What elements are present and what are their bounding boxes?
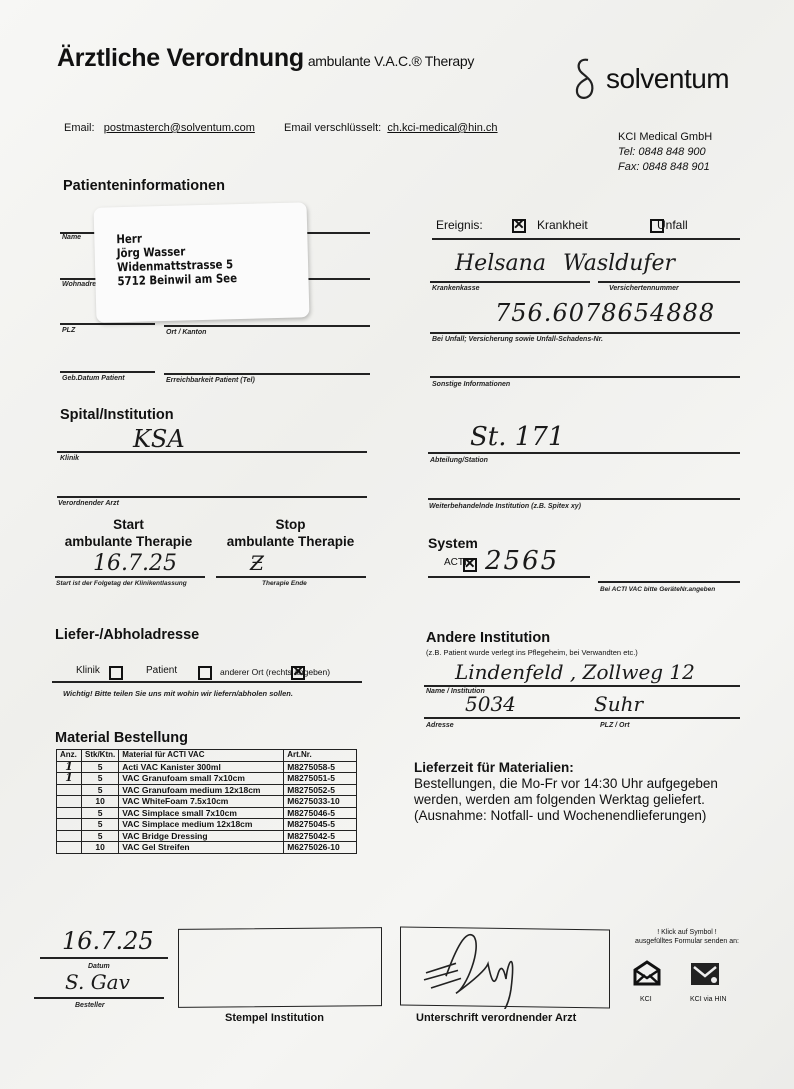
insurer-line bbox=[430, 281, 590, 283]
stop-date-field[interactable]: Ƶ bbox=[250, 551, 264, 575]
accident-insurance-label: Bei Unfall; Versicherung sowie Unfall-Sc… bbox=[432, 336, 603, 343]
encrypted-email-link[interactable]: ch.kci-medical@hin.ch bbox=[387, 122, 497, 134]
ort-label: Ort / Kanton bbox=[166, 329, 206, 336]
qty-cell[interactable] bbox=[57, 796, 82, 808]
pack-cell: 10 bbox=[82, 842, 119, 854]
station-line bbox=[428, 452, 740, 454]
delivery-title: Liefer-/Abholadresse bbox=[55, 627, 199, 643]
col-material: Material für ACTI VAC bbox=[119, 750, 284, 762]
other-institution-plz-ort-label: PLZ / Ort bbox=[600, 722, 630, 729]
acti-label: ACTI bbox=[444, 557, 467, 568]
material-table: Anz. Stk/Ktn. Material für ACTI VAC Art.… bbox=[56, 749, 357, 854]
material-table-header: Anz. Stk/Ktn. Material für ACTI VAC Art.… bbox=[57, 750, 357, 762]
illness-label: Krankheit bbox=[537, 218, 588, 232]
send-kci-label: KCI bbox=[640, 996, 652, 1003]
event-line bbox=[432, 238, 740, 240]
clinic-label: Klinik bbox=[60, 455, 79, 462]
other-institution-address-line bbox=[424, 717, 740, 719]
solventum-s-icon bbox=[574, 56, 596, 102]
plz-label: PLZ bbox=[62, 327, 75, 334]
company-contact: KCI Medical GmbH Tel: 0848 848 900 Fax: … bbox=[618, 130, 712, 175]
patient-address-sticker: Herr Jörg Wasser Widenmattstrasse 5 5712… bbox=[94, 202, 310, 323]
insured-number-field[interactable]: Wasldufer bbox=[563, 251, 675, 276]
delivery-time-line1: Bestellungen, die Mo-Fr vor 14:30 Uhr au… bbox=[414, 776, 718, 792]
delivery-time-line2: werden, werden am folgenden Werktag geli… bbox=[414, 792, 718, 808]
send-kci-button[interactable] bbox=[632, 960, 662, 986]
material-cell: VAC Simplace small 7x10cm bbox=[119, 807, 284, 819]
phone-line bbox=[164, 373, 370, 375]
other-institution-title: Andere Institution bbox=[426, 630, 550, 646]
table-row: 5VAC Simplace small 7x10cmM8275046-5 bbox=[57, 807, 357, 819]
stamp-label: Stempel Institution bbox=[225, 1012, 324, 1024]
material-cell: VAC Gel Streifen bbox=[119, 842, 284, 854]
dob-label: Geb.Datum Patient bbox=[62, 375, 125, 382]
company-name: KCI Medical GmbH bbox=[618, 130, 712, 145]
delivery-time-info: Lieferzeit für Materialien: Bestellungen… bbox=[414, 760, 718, 824]
patient-city: 5712 Beinwil am See bbox=[117, 271, 237, 288]
send-hint-line1: ! Klick auf Symbol ! bbox=[612, 928, 762, 937]
stop-note: Therapie Ende bbox=[262, 580, 307, 587]
date-label: Datum bbox=[88, 963, 110, 970]
table-row: 10VAC Gel StreifenM6275026-10 bbox=[57, 842, 357, 854]
accident-insurance-field[interactable]: 756.6078654888 bbox=[495, 299, 715, 327]
insured-number-line bbox=[598, 281, 740, 283]
accident-label: Unfall bbox=[657, 218, 688, 232]
article-cell: M8275045-5 bbox=[284, 819, 357, 831]
open-envelope-icon bbox=[632, 960, 662, 986]
start-therapy-heading: Start ambulante Therapie bbox=[56, 516, 201, 550]
prescription-form: Ärztliche Verordnungambulante V.A.C.® Th… bbox=[0, 0, 794, 1089]
system-title: System bbox=[428, 535, 478, 551]
delivery-patient-label: Patient bbox=[146, 665, 177, 676]
start-title: Start bbox=[56, 516, 201, 533]
pack-cell: 5 bbox=[82, 784, 119, 796]
other-institution-plz-field[interactable]: 5034 bbox=[465, 692, 516, 716]
further-institution-label: Weiterbehandelnde Institution (z.B. Spit… bbox=[429, 503, 581, 510]
article-cell: M8275042-5 bbox=[284, 830, 357, 842]
illness-checkbox[interactable] bbox=[512, 219, 526, 233]
material-cell: VAC Simplace medium 12x18cm bbox=[119, 819, 284, 831]
pack-cell: 5 bbox=[82, 830, 119, 842]
article-cell: M8275052-5 bbox=[284, 784, 357, 796]
article-cell: M8275046-5 bbox=[284, 807, 357, 819]
qty-cell[interactable] bbox=[57, 807, 82, 819]
insurer-label: Krankenkasse bbox=[432, 285, 479, 292]
material-cell: VAC Bridge Dressing bbox=[119, 830, 284, 842]
material-cell: VAC Granufoam medium 12x18cm bbox=[119, 784, 284, 796]
send-hint: ! Klick auf Symbol ! ausgefülltes Formul… bbox=[612, 928, 762, 946]
qty-cell[interactable] bbox=[57, 784, 82, 796]
company-tel: Tel: 0848 848 900 bbox=[618, 145, 712, 160]
device-note: Bei ACTI VAC bitte GeräteNr.angeben bbox=[600, 586, 715, 593]
clinic-field[interactable]: KSA bbox=[133, 425, 185, 453]
table-row: 10VAC WhiteFoam 7.5x10cmM6275033-10 bbox=[57, 796, 357, 808]
address-label: Wohnadre bbox=[62, 281, 96, 288]
delivery-clinic-label: Klinik bbox=[76, 665, 100, 676]
table-row: 5VAC Simplace medium 12x18cmM8275045-5 bbox=[57, 819, 357, 831]
device-line-right bbox=[598, 581, 740, 583]
insurer-field[interactable]: Helsana bbox=[455, 251, 546, 276]
clinic-line bbox=[57, 451, 367, 453]
qty-cell[interactable]: 1 bbox=[57, 773, 82, 785]
send-hin-label: KCI via HIN bbox=[690, 996, 727, 1003]
email-block: Email: postmasterch@solventum.com bbox=[64, 122, 255, 134]
stop-subtitle: ambulante Therapie bbox=[218, 533, 363, 550]
article-cell: M6275026-10 bbox=[284, 842, 357, 854]
article-cell: M8275051-5 bbox=[284, 773, 357, 785]
stop-therapy-heading: Stop ambulante Therapie bbox=[218, 516, 363, 550]
signature-label: Unterschrift verordnender Arzt bbox=[416, 1012, 576, 1024]
date-line bbox=[40, 957, 168, 959]
delivery-line bbox=[52, 681, 362, 683]
orderer-field[interactable]: S. Gav bbox=[65, 970, 130, 994]
stamp-box[interactable] bbox=[178, 927, 382, 1008]
device-line-left bbox=[428, 576, 590, 578]
table-row: 5VAC Granufoam medium 12x18cmM8275052-5 bbox=[57, 784, 357, 796]
material-title: Material Bestellung bbox=[55, 730, 188, 746]
phone-label: Erreichbarkeit Patient (Tel) bbox=[166, 377, 255, 384]
accident-insurance-line bbox=[430, 332, 740, 334]
form-title: Ärztliche Verordnungambulante V.A.C.® Th… bbox=[57, 44, 474, 73]
patient-section-title: Patienteninformationen bbox=[63, 178, 225, 194]
start-date-line bbox=[55, 576, 205, 578]
doctor-label: Verordnender Arzt bbox=[58, 500, 119, 507]
pack-cell: 5 bbox=[82, 819, 119, 831]
other-institution-hint: (z.B. Patient wurde verlegt ins Pflegehe… bbox=[426, 648, 638, 657]
insured-number-label: Versichertennummer bbox=[609, 285, 679, 292]
device-number-field[interactable]: 2565 bbox=[485, 546, 559, 576]
table-row: 5VAC Bridge DressingM8275042-5 bbox=[57, 830, 357, 842]
qty-cell[interactable] bbox=[57, 830, 82, 842]
other-institution-name-line bbox=[424, 685, 740, 687]
delivery-time-title: Lieferzeit für Materialien: bbox=[414, 760, 718, 776]
delivery-time-line3: (Ausnahme: Notfall- und Wochenendlieferu… bbox=[414, 808, 718, 824]
pack-cell: 5 bbox=[82, 761, 119, 773]
col-article: Art.Nr. bbox=[284, 750, 357, 762]
start-note: Start ist der Folgetag der Klinikentlass… bbox=[56, 580, 187, 587]
qty-cell[interactable] bbox=[57, 842, 82, 854]
encrypted-email-block: Email verschlüsselt: ch.kci-medical@hin.… bbox=[284, 122, 498, 134]
start-date-field[interactable]: 16.7.25 bbox=[93, 551, 177, 576]
table-row: 15VAC Granufoam small 7x10cmM8275051-5 bbox=[57, 773, 357, 785]
solventum-logo: solventum bbox=[574, 56, 729, 102]
form-title-text: Ärztliche Verordnung bbox=[57, 44, 304, 72]
orderer-label: Besteller bbox=[75, 1002, 105, 1009]
name-label: Name bbox=[62, 234, 81, 241]
delivery-patient-checkbox[interactable] bbox=[198, 666, 212, 680]
send-hint-line2: ausgefülltes Formular senden an: bbox=[612, 937, 762, 946]
table-row: 15Acti VAC Kanister 300mlM8275058-5 bbox=[57, 761, 357, 773]
event-label: Ereignis: bbox=[436, 218, 483, 232]
email-label: Email: bbox=[64, 122, 95, 134]
other-institution-ort-field[interactable]: Suhr bbox=[594, 692, 643, 716]
material-cell: Acti VAC Kanister 300ml bbox=[119, 761, 284, 773]
ort-line bbox=[164, 325, 370, 327]
brand-name: solventum bbox=[606, 63, 729, 95]
material-cell: VAC WhiteFoam 7.5x10cm bbox=[119, 796, 284, 808]
send-hin-button[interactable] bbox=[690, 962, 720, 988]
delivery-other-label: anderer Ort (rechts angeben) bbox=[220, 667, 330, 677]
start-subtitle: ambulante Therapie bbox=[56, 533, 201, 550]
form-subtitle: ambulante V.A.C.® Therapy bbox=[308, 53, 474, 69]
doctor-signature bbox=[416, 918, 616, 1011]
secure-envelope-icon bbox=[690, 962, 720, 986]
company-fax: Fax: 0848 848 901 bbox=[618, 160, 712, 175]
orderer-line bbox=[34, 997, 164, 999]
station-label: Abteilung/Station bbox=[430, 457, 488, 464]
signature-box[interactable] bbox=[400, 927, 610, 1009]
other-info-line bbox=[430, 376, 740, 378]
delivery-note: Wichtig! Bitte teilen Sie uns mit wohin … bbox=[63, 689, 293, 698]
col-pack: Stk/Ktn. bbox=[82, 750, 119, 762]
delivery-clinic-checkbox[interactable] bbox=[109, 666, 123, 680]
further-institution-line bbox=[428, 498, 740, 500]
email-link[interactable]: postmasterch@solventum.com bbox=[104, 122, 255, 134]
station-field[interactable]: St. 171 bbox=[470, 422, 564, 452]
article-cell: M8275058-5 bbox=[284, 761, 357, 773]
encrypted-email-label: Email verschlüsselt: bbox=[284, 122, 381, 134]
doctor-line bbox=[57, 496, 367, 498]
article-cell: M6275033-10 bbox=[284, 796, 357, 808]
stop-date-line bbox=[216, 576, 366, 578]
pack-cell: 10 bbox=[82, 796, 119, 808]
pack-cell: 5 bbox=[82, 773, 119, 785]
date-field[interactable]: 16.7.25 bbox=[62, 927, 154, 955]
material-cell: VAC Granufoam small 7x10cm bbox=[119, 773, 284, 785]
other-info-label: Sonstige Informationen bbox=[432, 381, 510, 388]
other-institution-name-field[interactable]: Lindenfeld , Zollweg 12 bbox=[455, 660, 695, 684]
pack-cell: 5 bbox=[82, 807, 119, 819]
qty-cell[interactable] bbox=[57, 819, 82, 831]
other-institution-address-label: Adresse bbox=[426, 722, 454, 729]
dob-line bbox=[60, 371, 155, 373]
patient-address-text: Herr Jörg Wasser Widenmattstrasse 5 5712… bbox=[116, 229, 237, 288]
plz-line bbox=[60, 323, 155, 325]
institution-section-title: Spital/Institution bbox=[60, 407, 174, 423]
stop-title: Stop bbox=[218, 516, 363, 533]
